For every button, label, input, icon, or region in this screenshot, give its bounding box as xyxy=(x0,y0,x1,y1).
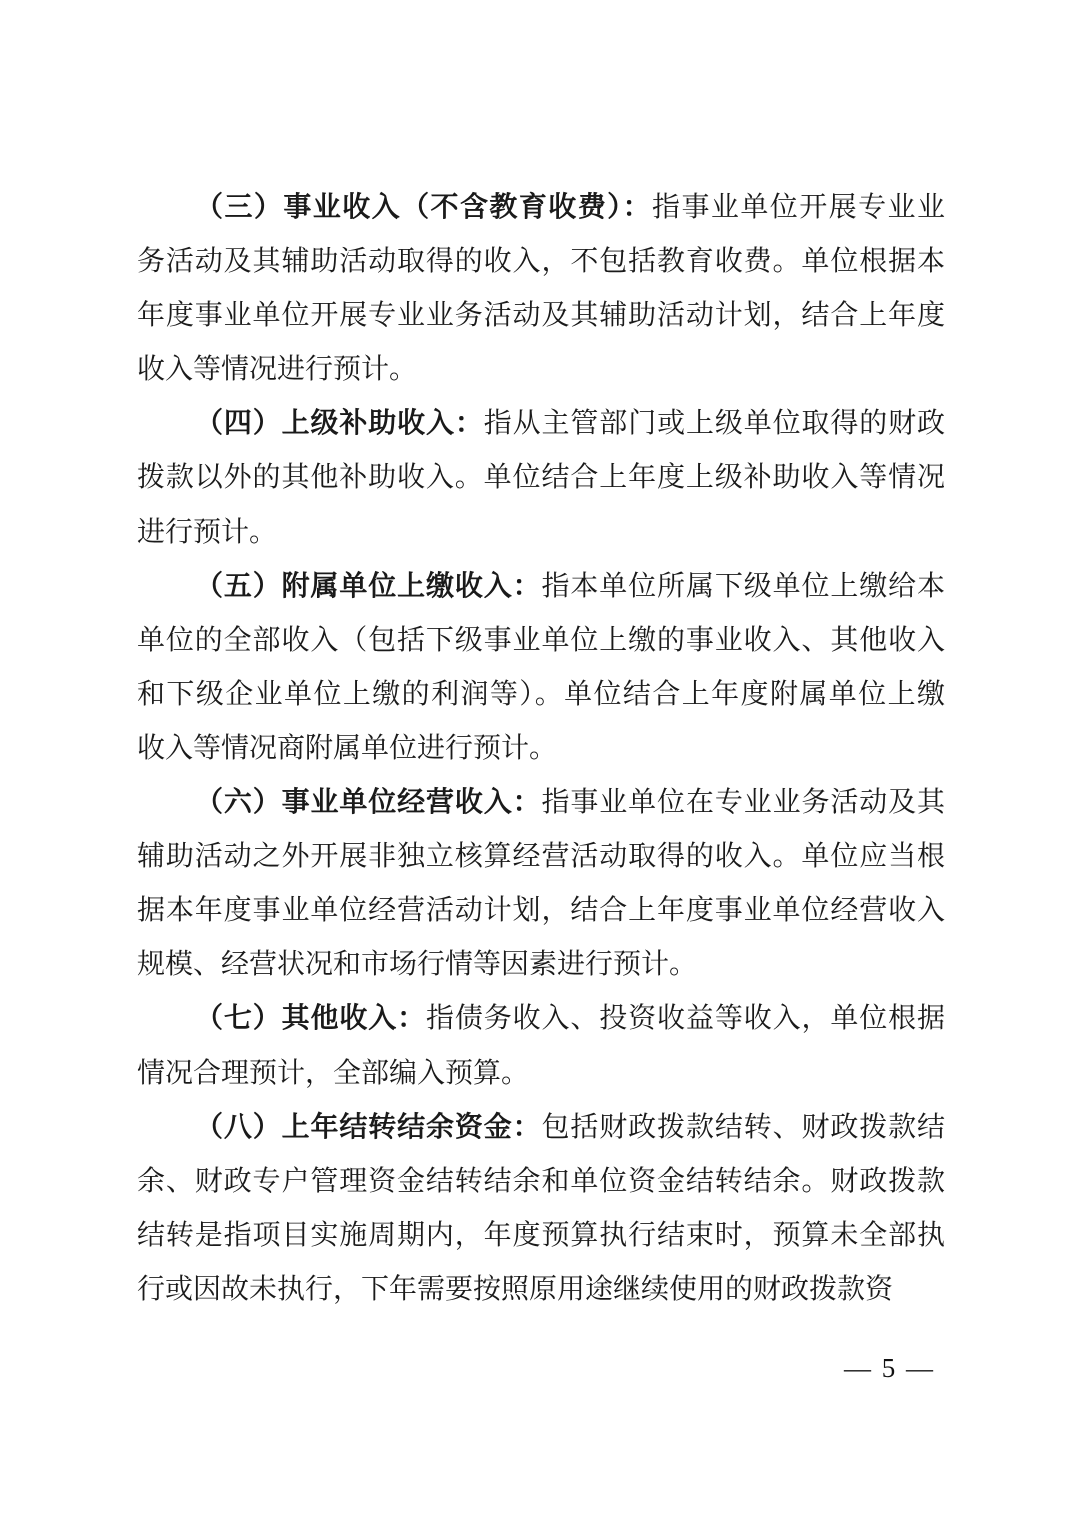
text-line: （七）其他收入：指债务收入、投资收益等收入，单位根据 xyxy=(137,992,945,1046)
paragraph-lead: （七）其他收入： xyxy=(195,1003,426,1034)
text-line: 辅助活动之外开展非独立核算经营活动取得的收入。单位应当根 xyxy=(137,830,945,884)
item-6-operating-income: （六）事业单位经营收入：指事业单位在专业业务活动及其辅助活动之外开展非独立核算经… xyxy=(137,776,945,992)
text-line: 结转是指项目实施周期内，年度预算执行结束时，预算未全部执 xyxy=(137,1209,945,1263)
text-line: （三）事业收入（不含教育收费）：指事业单位开展专业业 xyxy=(137,181,945,235)
page-number: — 5 — xyxy=(844,1353,935,1383)
text-line: 收入等情况进行预计。 xyxy=(137,343,945,397)
text-line: （六）事业单位经营收入：指事业单位在专业业务活动及其 xyxy=(137,776,945,830)
item-4-superior-subsidy-income: （四）上级补助收入：指从主管部门或上级单位取得的财政拨款以外的其他补助收入。单位… xyxy=(137,397,945,559)
text-line: 规模、经营状况和市场行情等因素进行预计。 xyxy=(137,938,945,992)
item-7-other-income: （七）其他收入：指债务收入、投资收益等收入，单位根据情况合理预计，全部编入预算。 xyxy=(137,992,945,1100)
paragraph-lead: （八）上年结转结余资金： xyxy=(195,1112,542,1143)
text-line: （八）上年结转结余资金：包括财政拨款结转、财政拨款结 xyxy=(137,1101,945,1155)
text-line: （四）上级补助收入：指从主管部门或上级单位取得的财政 xyxy=(137,397,945,451)
text-line: 单位的全部收入（包括下级事业单位上缴的事业收入、其他收入 xyxy=(137,614,945,668)
item-3-business-income: （三）事业收入（不含教育收费）：指事业单位开展专业业务活动及其辅助活动取得的收入… xyxy=(137,181,945,397)
text-line: 余、财政专户管理资金结转结余和单位资金结转结余。财政拨款 xyxy=(137,1155,945,1209)
paragraph-lead: （四）上级补助收入： xyxy=(195,408,484,439)
text-line: 收入等情况商附属单位进行预计。 xyxy=(137,722,945,776)
item-5-affiliated-unit-remitted-income: （五）附属单位上缴收入：指本单位所属下级单位上缴给本单位的全部收入（包括下级事业… xyxy=(137,560,945,776)
paragraph-lead: （三）事业收入（不含教育收费）： xyxy=(195,192,652,223)
text-line: （五）附属单位上缴收入：指本单位所属下级单位上缴给本 xyxy=(137,560,945,614)
document-body: （三）事业收入（不含教育收费）：指事业单位开展专业业务活动及其辅助活动取得的收入… xyxy=(137,181,945,1317)
text-line: 情况合理预计，全部编入预算。 xyxy=(137,1047,945,1101)
item-8-carryover-surplus-funds: （八）上年结转结余资金：包括财政拨款结转、财政拨款结余、财政专户管理资金结转结余… xyxy=(137,1101,945,1317)
paragraph-lead: （五）附属单位上缴收入： xyxy=(195,571,542,602)
document-page: （三）事业收入（不含教育收费）：指事业单位开展专业业务活动及其辅助活动取得的收入… xyxy=(0,0,1074,1520)
text-line: 进行预计。 xyxy=(137,506,945,560)
text-line: 务活动及其辅助活动取得的收入，不包括教育收费。单位根据本 xyxy=(137,235,945,289)
text-line: 拨款以外的其他补助收入。单位结合上年度上级补助收入等情况 xyxy=(137,451,945,505)
paragraph-lead: （六）事业单位经营收入： xyxy=(195,787,542,818)
page-footer: — 5 — xyxy=(844,1348,935,1388)
text-line: 年度事业单位开展专业业务活动及其辅助活动计划，结合上年度 xyxy=(137,289,945,343)
text-line: 据本年度事业单位经营活动计划，结合上年度事业单位经营收入 xyxy=(137,884,945,938)
text-line: 行或因故未执行，下年需要按照原用途继续使用的财政拨款资 xyxy=(137,1263,945,1317)
text-line: 和下级企业单位上缴的利润等）。单位结合上年度附属单位上缴 xyxy=(137,668,945,722)
